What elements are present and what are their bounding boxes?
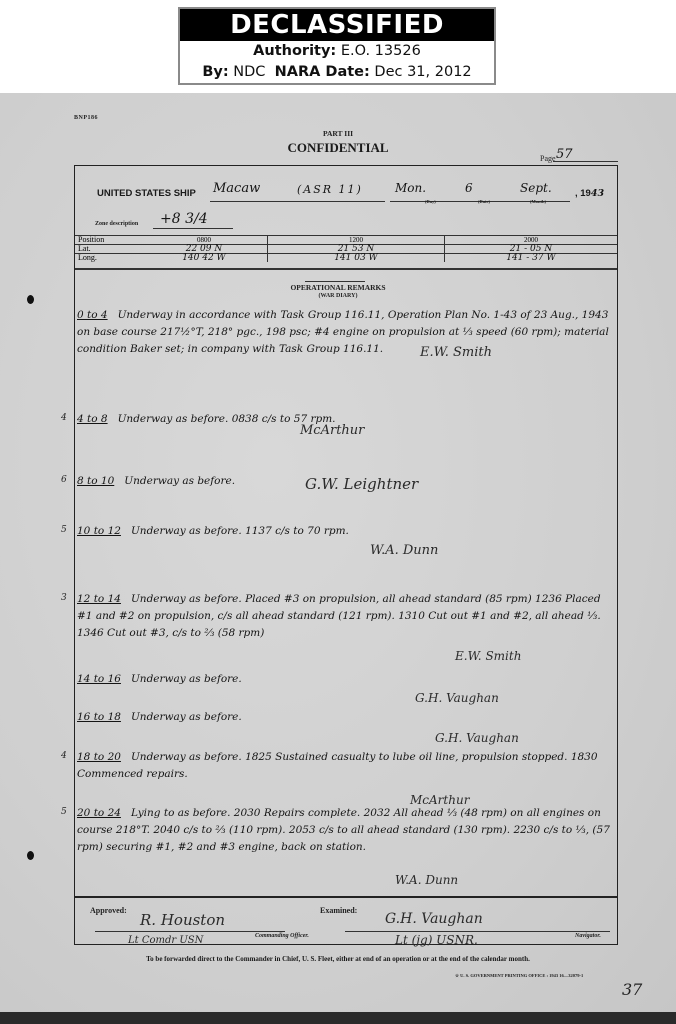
entry-watch-time: 4 to 8 [77,413,108,425]
diary-entry: 14 to 16Underway as before. [77,671,617,688]
entry-text: Underway as before. [131,711,242,723]
officer-signature: G.W. Leightner [305,475,418,493]
co-signature: R. Houston [140,911,225,929]
navigator-rank: Lt (jg) USNR. [395,933,478,947]
examined-label: Examined: [320,906,357,915]
page-number: 57 [556,147,573,162]
entry-text: Underway as before. [131,673,242,685]
year-label: , 1943 [575,188,604,199]
scan-edge [0,1012,676,1024]
declassified-stamp: DECLASSIFIED Authority: E.O. 13526 By: N… [178,7,496,85]
printer-imprint: ☆ U. S. GOVERNMENT PRINTING OFFICE : 194… [455,973,583,979]
diary-entry: 16 to 18Underway as before. [77,709,617,726]
entry-text: Underway as before. 1825 Sustained casua… [77,751,598,780]
month-value: Sept. [520,181,552,195]
remarks-rule [305,281,365,282]
ship-name: Macaw [213,181,260,196]
navigator-signature-line [345,931,610,932]
entry-text: Underway as before. [124,475,235,487]
diary-entry: 10 to 12Underway as before. 1137 c/s to … [77,523,617,540]
long-2000: 141 - 37 W [445,254,618,263]
classification-heading: CONFIDENTIAL [0,140,676,156]
entry-margin-number: 3 [61,593,67,603]
punch-hole [27,851,34,860]
entry-margin-number: 6 [61,475,67,485]
entry-watch-time: 8 to 10 [77,475,114,487]
date-caption: (Date) [478,199,490,204]
entry-text: Underway in accordance with Task Group 1… [77,309,609,355]
signature-rule [75,896,617,898]
position-table: Position 0800 1200 2000 Lat. 22 09 N 21 … [75,235,617,262]
stamp-authority: Authority: E.O. 13526 [180,41,494,62]
entry-text: Underway as before. Placed #3 on propuls… [77,593,601,639]
remarks-title: OPERATIONAL REMARKS [0,283,676,292]
war-diary-page: BNP186 PART III CONFIDENTIAL Page 57 UNI… [0,93,676,1024]
entry-watch-time: 12 to 14 [77,593,121,605]
zone-value: +8 3/4 [160,211,208,227]
entry-margin-number: 4 [61,413,67,423]
officer-signature: W.A. Dunn [370,543,438,558]
ship-underline [210,201,385,202]
navigator-label: Navigator. [575,933,601,939]
remarks-subtitle: (WAR DIARY) [0,293,676,299]
entry-margin-number: 5 [61,807,67,817]
entry-margin-number: 5 [61,525,67,535]
approved-label: Approved: [90,906,127,915]
officer-signature: McArthur [300,423,364,438]
zone-label: Zone description [95,221,138,227]
long-0800: 140 42 W [141,254,268,263]
long-1200: 141 03 W [268,254,445,263]
diary-entry: 12 to 14Underway as before. Placed #3 on… [77,591,617,642]
entry-watch-time: 0 to 4 [77,309,108,321]
entry-text: Underway as before. 1137 c/s to 70 rpm. [131,525,349,537]
diary-entry: 18 to 20Underway as before. 1825 Sustain… [77,749,617,783]
entry-margin-number: 4 [61,751,67,761]
diary-entry: 20 to 24Lying to as before. 2030 Repairs… [77,805,617,856]
entry-watch-time: 18 to 20 [77,751,121,763]
commanding-officer-label: Commanding Officer. [255,933,309,939]
date-value: 6 [465,181,473,195]
officer-signature: W.A. Dunn [395,873,458,887]
page-underline [553,161,618,162]
officer-signature: E.W. Smith [455,649,521,663]
officer-signature: E.W. Smith [420,345,492,360]
stamp-by-date: By: NDC NARA Date: Dec 31, 2012 [180,62,494,83]
ship-label: UNITED STATES SHIP [97,188,196,199]
co-signature-line [95,931,285,932]
officer-signature: G.H. Vaughan [435,731,519,745]
zone-underline [153,228,233,229]
long-label: Long. [75,254,141,263]
month-caption: (Month) [530,199,546,204]
entry-watch-time: 10 to 12 [77,525,121,537]
part-heading: PART III [0,129,676,138]
day-value: Mon. [395,181,426,195]
navigator-signature: G.H. Vaughan [385,911,483,927]
table-bottom-rule [75,268,617,270]
officer-signature: G.H. Vaughan [415,691,499,705]
ship-hull-number: (ASR 11) [297,183,363,196]
entry-watch-time: 14 to 16 [77,673,121,685]
form-code: BNP186 [74,115,98,121]
stamp-title: DECLASSIFIED [180,9,494,41]
day-caption: (Day) [425,199,436,204]
forwarding-instruction: To be forwarded direct to the Commander … [0,955,676,963]
archive-page-number: 37 [622,980,642,999]
co-rank: Lt Comdr USN [128,935,203,946]
entry-text: Lying to as before. 2030 Repairs complet… [77,807,610,853]
entry-watch-time: 20 to 24 [77,807,121,819]
entry-watch-time: 16 to 18 [77,711,121,723]
diary-entry: 0 to 4Underway in accordance with Task G… [77,307,617,358]
